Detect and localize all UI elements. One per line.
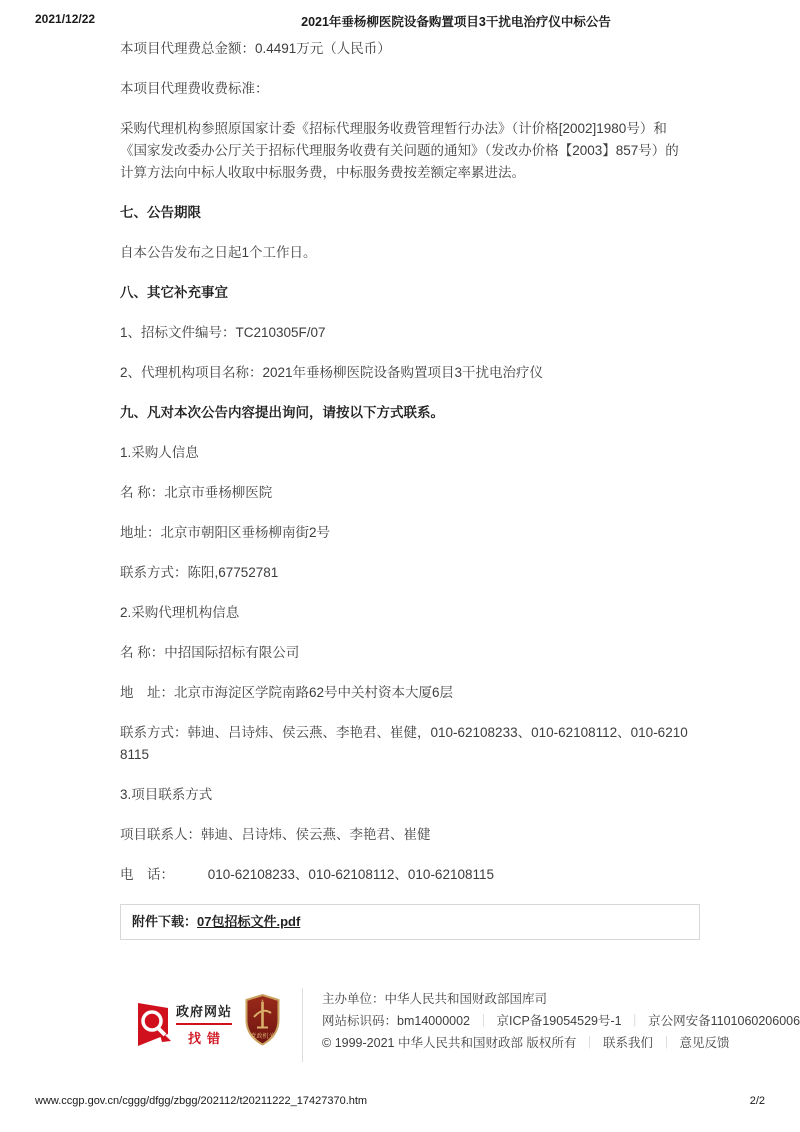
shield-badge-label: 党政机关 (251, 1032, 275, 1040)
paragraph-project-phones: 电 话： 010-62108233、010-62108112、010-62108… (120, 864, 688, 886)
page-title: 2021年垂杨柳医院设备购置项目3干扰电治疗仪中标公告 (301, 12, 611, 30)
separator: ｜ (583, 1036, 596, 1050)
party-gov-shield-badge[interactable]: 党政机关 (244, 994, 281, 1051)
paragraph-agency-fee-standard: 本项目代理费收费标准： (120, 78, 688, 100)
gov-site-error-report-label: 政府网站 找错 (176, 1001, 232, 1047)
section-heading-9: 九、凡对本次公告内容提出询问，请按以下方式联系。 (120, 402, 688, 424)
copyright-text: © 1999-2021 中华人民共和国财政部 版权所有 (322, 1036, 576, 1050)
paragraph-agency-contact: 联系方式：韩迪、吕诗炜、侯云燕、李艳君、崔健，010-62108233、010-… (120, 722, 688, 766)
footer-text-block: 主办单位：中华人民共和国财政部国库司 网站标识码：bm14000002｜京ICP… (322, 988, 800, 1058)
paragraph-fee-method: 采购代理机构参照原国家计委《招标代理服务收费管理暂行办法》（计价格[2002]1… (120, 118, 688, 184)
public-security-license-link[interactable]: 京公网安备11010602060068号 (648, 1014, 800, 1028)
footer-vertical-divider (302, 988, 303, 1062)
footer-copyright-line: © 1999-2021 中华人民共和国财政部 版权所有｜联系我们｜意见反馈 (322, 1036, 800, 1051)
paragraph-agency-project-name: 2、代理机构项目名称：2021年垂杨柳医院设备购置项目3干扰电治疗仪 (120, 362, 688, 384)
icp-license-link[interactable]: 京ICP备19054529号-1 (497, 1014, 622, 1028)
paragraph-agency-fee-total: 本项目代理费总金额：0.4491万元（人民币） (120, 38, 688, 60)
magnifier-flag-icon (138, 1000, 172, 1048)
site-footer: 政府网站 找错 党政机关 (138, 988, 800, 1062)
separator: ｜ (660, 1036, 673, 1050)
print-date: 2021/12/22 (35, 12, 95, 26)
paragraph-agency-name: 名 称：中招国际招标有限公司 (120, 642, 688, 664)
print-footer: www.ccgp.gov.cn/cggg/dfgg/zbgg/202112/t2… (35, 1095, 765, 1107)
feedback-link[interactable]: 意见反馈 (679, 1036, 729, 1050)
paragraph-purchaser-info: 1.采购人信息 (120, 442, 688, 464)
attachment-pdf-link[interactable]: 07包招标文件.pdf (197, 914, 300, 929)
attachment-label: 附件下载： (132, 914, 197, 929)
paragraph-agency-info: 2.采购代理机构信息 (120, 602, 688, 624)
page-number: 2/2 (750, 1095, 765, 1107)
document-body: 本项目代理费总金额：0.4491万元（人民币） 本项目代理费收费标准： 采购代理… (120, 38, 688, 940)
source-url: www.ccgp.gov.cn/cggg/dfgg/zbgg/202112/t2… (35, 1095, 367, 1107)
paragraph-purchaser-contact: 联系方式：陈阳,67752781 (120, 562, 688, 584)
footer-host-line: 主办单位：中华人民共和国财政部国库司 (322, 992, 800, 1007)
paragraph-bid-doc-number: 1、招标文件编号：TC210305F/07 (120, 322, 688, 344)
printed-page: 2021/12/22 2021年垂杨柳医院设备购置项目3干扰电治疗仪中标公告 本… (0, 0, 800, 1132)
footer-id-line: 网站标识码：bm14000002｜京ICP备19054529号-1｜京公网安备1… (322, 1014, 800, 1029)
paragraph-project-contact-info: 3.项目联系方式 (120, 784, 688, 806)
paragraph-project-contacts: 项目联系人：韩迪、吕诗炜、侯云燕、李艳君、崔健 (120, 824, 688, 846)
paragraph-purchaser-address: 地址：北京市朝阳区垂杨柳南街2号 (120, 522, 688, 544)
paragraph-purchaser-name: 名 称：北京市垂杨柳医院 (120, 482, 688, 504)
attachment-box: 附件下载：07包招标文件.pdf (120, 904, 700, 940)
section-heading-7: 七、公告期限 (120, 202, 688, 224)
separator: ｜ (477, 1014, 490, 1028)
paragraph-agency-address: 地 址：北京市海淀区学院南路62号中关村资本大厦6层 (120, 682, 688, 704)
gov-site-error-report-badge[interactable]: 政府网站 找错 (138, 1000, 232, 1048)
error-badge-bottom-text: 找错 (176, 1028, 232, 1047)
section-heading-8: 八、其它补充事宜 (120, 282, 688, 304)
paragraph-announcement-period: 自本公告发布之日起1个工作日。 (120, 242, 688, 264)
site-id-code: 网站标识码：bm14000002 (322, 1014, 470, 1028)
contact-us-link[interactable]: 联系我们 (603, 1036, 653, 1050)
separator: ｜ (629, 1014, 642, 1028)
error-badge-top-text: 政府网站 (176, 1001, 232, 1025)
